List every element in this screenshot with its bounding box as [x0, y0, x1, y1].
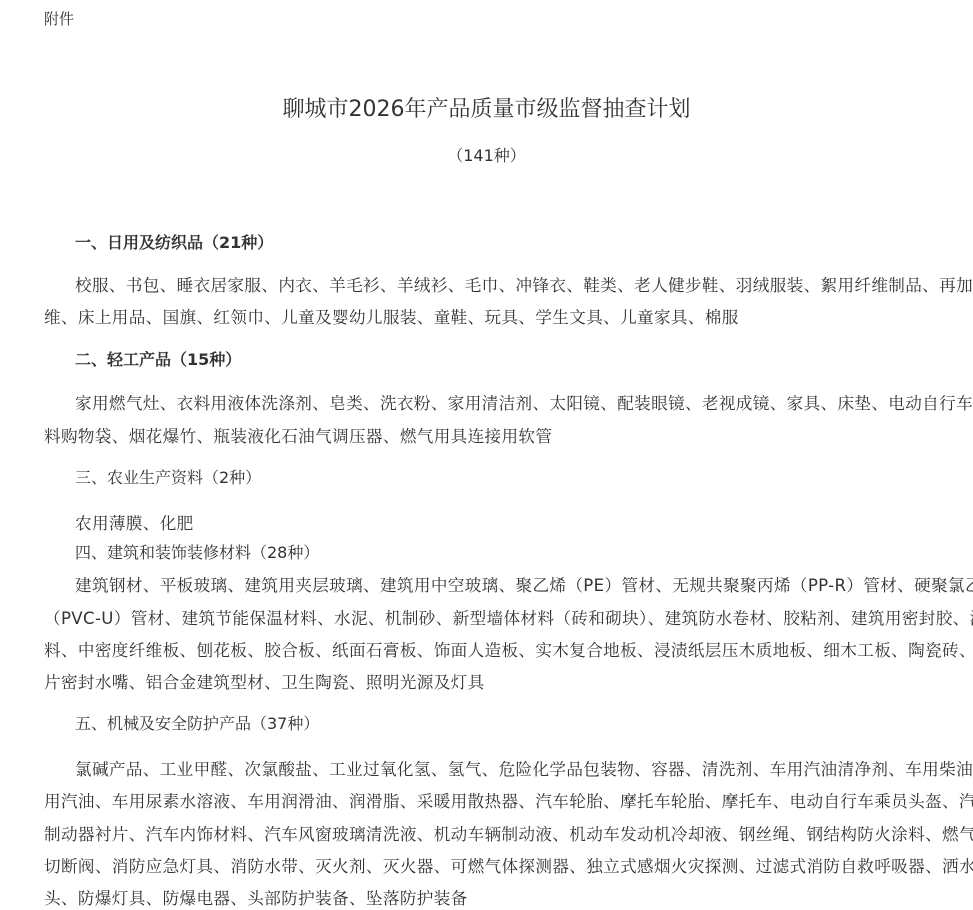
page-subtitle: （141种）	[0, 143, 973, 166]
section-heading-light-industry: 二、轻工产品（15种）	[75, 347, 241, 370]
section-body-line: 制动器衬片、汽车内饰材料、汽车风窗玻璃清洗液、机动车辆制动液、机动车发动机冷却液…	[44, 821, 973, 845]
section-heading-building-materials: 四、建筑和装饰装修材料（28种）	[75, 540, 319, 563]
section-body-line: 建筑钢材、平板玻璃、建筑用夹层玻璃、建筑用中空玻璃、聚乙烯（PE）管材、无规共聚…	[75, 572, 973, 596]
section-body-line: 切断阀、消防应急灯具、消防水带、灭火剂、灭火器、可燃气体探测器、独立式感烟火灾探…	[44, 853, 973, 877]
section-heading-machinery-safety: 五、机械及安全防护产品（37种）	[75, 711, 319, 734]
section-body-line: 家用燃气灶、衣料用液体洗涤剂、皂类、洗衣粉、家用清洁剂、太阳镜、配装眼镜、老视成…	[75, 390, 973, 414]
section-body-line: 维、床上用品、国旗、红领巾、儿童及婴幼儿服装、童鞋、玩具、学生文具、儿童家具、棉…	[44, 304, 739, 328]
section-heading-agriculture: 三、农业生产资料（2种）	[75, 465, 261, 488]
attachment-label: 附件	[44, 8, 74, 29]
section-body-line: 用汽油、车用尿素水溶液、车用润滑油、润滑脂、采暖用散热器、汽车轮胎、摩托车轮胎、…	[44, 788, 973, 812]
section-body-line: 片密封水嘴、铝合金建筑型材、卫生陶瓷、照明光源及灯具	[44, 669, 485, 693]
section-body-line: 氯碱产品、工业甲醛、次氯酸盐、工业过氧化氢、氢气、危险化学品包装物、容器、清洗剂…	[75, 756, 973, 780]
section-body-line: 料购物袋、烟花爆竹、瓶装液化石油气调压器、燃气用具连接用软管	[44, 423, 552, 447]
section-heading-daily-textiles: 一、日用及纺织品（21种）	[75, 230, 273, 253]
section-body-line: 农用薄膜、化肥	[75, 510, 194, 534]
section-body-line: （PVC-U）管材、建筑节能保温材料、水泥、机制砂、新型墙体材料（砖和砌块）、建…	[44, 605, 973, 629]
section-body-line: 头、防爆灯具、防爆电器、头部防护装备、坠落防护装备	[44, 885, 468, 909]
section-body-line: 料、中密度纤维板、刨花板、胶合板、纸面石膏板、饰面人造板、实木复合地板、浸渍纸层…	[44, 637, 973, 661]
section-body-line: 校服、书包、睡衣居家服、内衣、羊毛衫、羊绒衫、毛巾、冲锋衣、鞋类、老人健步鞋、羽…	[75, 272, 973, 296]
page-title: 聊城市2026年产品质量市级监督抽查计划	[0, 92, 973, 123]
